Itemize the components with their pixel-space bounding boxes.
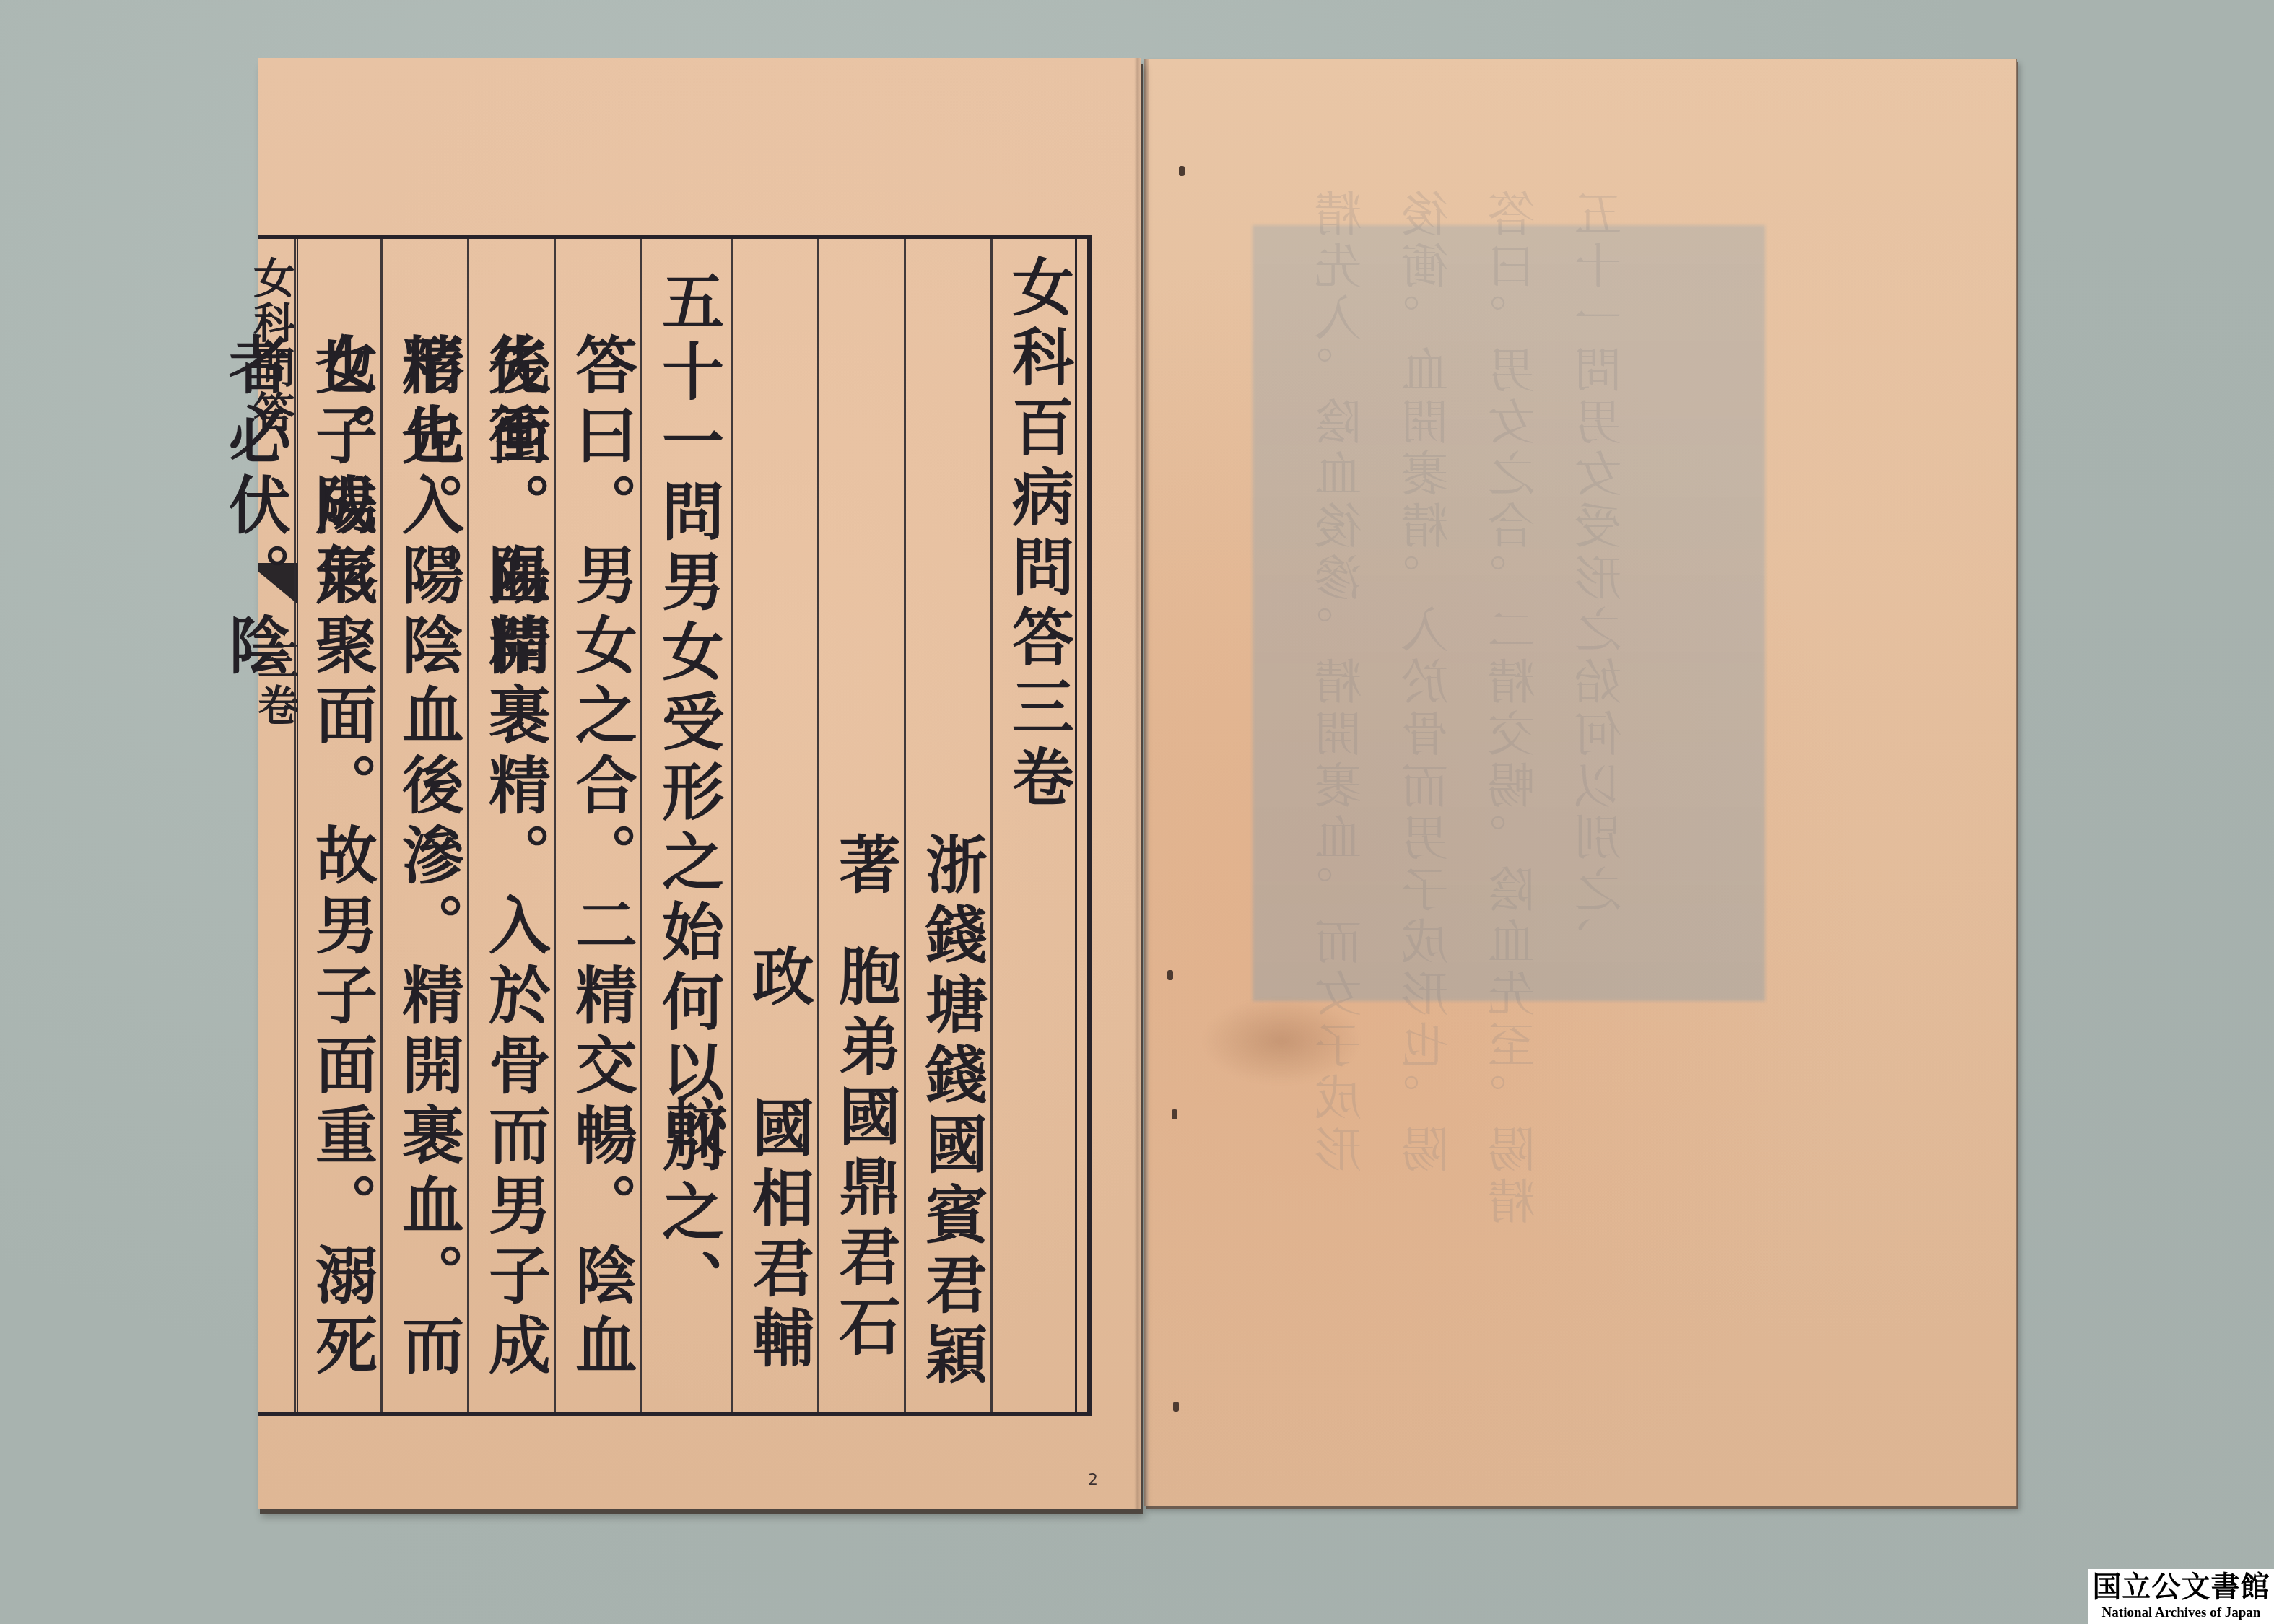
binding-hole [1179,166,1185,176]
question-text: 五十一問男女受形之始何以別之、 [644,269,731,1319]
author-column: 浙錢塘錢國賓君穎著 [907,248,994,1412]
printed-frame: 女科百病問答三卷 浙錢塘錢國賓君穎著 胞弟國鼎君石政 國相君輔較 五十一問男女受… [258,235,1092,1416]
editor-column: 胞弟國鼎君石政 [821,248,907,1412]
ghost-text-column: 後衝。血開裹精。入於骨而男子成形也。陽 [1404,189,1455,1176]
archive-logo: 国立公文書館 National Archives of Japan [2088,1569,2274,1624]
binding-hole [1172,1109,1177,1119]
spine-fold [1144,59,1149,1506]
answer-text: 精先入。陰血後滲。精開裹血。而女子成形 [384,333,471,1412]
editor-credit: 國相君輔較 [734,1096,821,1412]
editor-column: 國相君輔較 [734,248,821,1412]
binding-hole [1173,1402,1179,1412]
answer-column: 精先入。陰血後滲。精開裹血。而女子成形 [384,248,471,1412]
page-number: 2 [1088,1471,1098,1489]
column-rule [731,239,733,1412]
stain-mark [1202,997,1361,1084]
book-title: 女科百病問答三卷 [994,255,1081,815]
author-credit: 浙錢塘錢國賓君穎著 [907,832,994,1412]
answer-text: 後衝。血開裹精。入於骨而男子成形也。陽 [471,333,557,1412]
binding-hole [1167,970,1173,980]
editor-credit: 胞弟國鼎君石政 [821,944,907,1412]
answer-text: 也。陽氣聚面。故男子面重。溺死者必伏。陰 [297,333,384,1412]
right-page: 五十一問男女受形之始何以別之、 答曰。男女之合。二精交暢。陰血先至。陽精 後衝。… [1144,59,2017,1506]
book-title-column: 女科百病問答三卷 [994,248,1081,815]
answer-column: 答曰。男女之合。二精交暢。陰血先至。陽精 [557,248,644,1412]
logo-english: National Archives of Japan [2088,1605,2274,1621]
answer-text: 答曰。男女之合。二精交暢。陰血先至。陽精 [557,333,644,1412]
left-page: 女科問答 三卷 女科百病問答三卷 浙錢塘錢國賓君穎著 胞弟國鼎君石政 國相君輔較… [258,58,1141,1509]
logo-japanese: 国立公文書館 [2088,1569,2274,1605]
ghost-text-column: 五十一問男女受形之始何以別之、 [1577,189,1628,969]
question-column: 五十一問男女受形之始何以別之、 [644,248,731,1319]
answer-column: 後衝。血開裹精。入於骨而男子成形也。陽 [471,248,557,1412]
answer-column: 也。陽氣聚面。故男子面重。溺死者必伏。陰 [297,248,384,1412]
ghost-text-column: 答曰。男女之合。二精交暢。陰血先至。陽精 [1491,189,1541,1228]
